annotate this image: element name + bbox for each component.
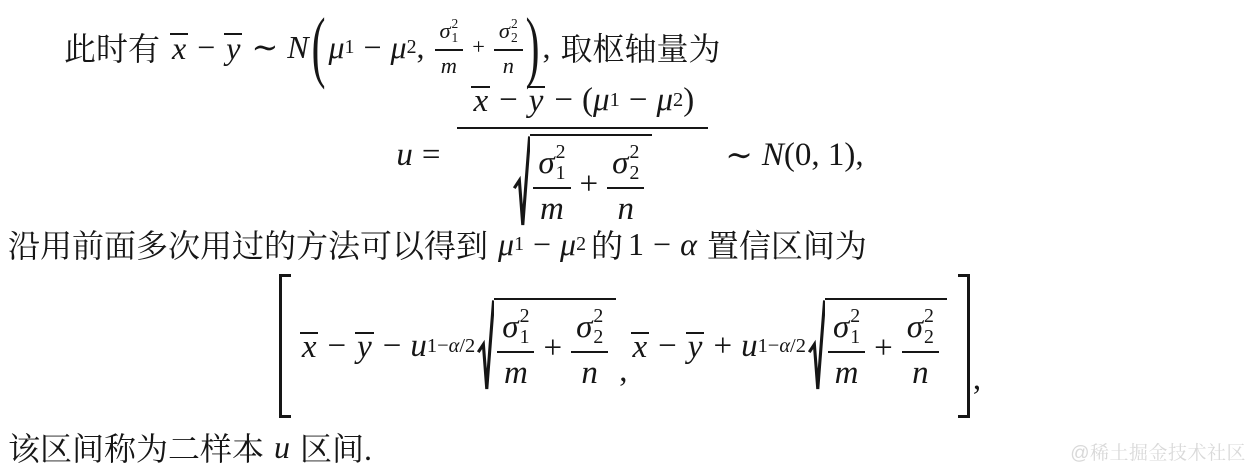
fraction-denominator-n: n [503,51,514,79]
mu-symbol: μ [498,226,514,263]
fraction-sigma1-over-m: σ 2 1 m [828,305,865,393]
sigma-scripts: 2 1 [556,142,566,185]
comma: , [417,29,425,66]
sigma-symbol: σ [612,145,628,182]
minus-operator: − [327,328,346,365]
sigma-scripts: 2 2 [924,306,934,349]
big-left-bracket [279,274,291,418]
sigma-superscript-2: 2 [593,306,603,327]
sigma-symbol: σ [502,309,518,346]
math-xbar: x [471,86,490,114]
left-paren: ( [582,82,593,119]
radical-sign-icon [477,298,494,395]
fraction-numerator: σ 2 2 [494,16,523,51]
minus-operator: − [197,29,215,66]
mu-subscript-2: 2 [673,89,683,112]
square-root: σ 2 1 m + σ [513,134,652,231]
sigma-scripts: 2 1 [452,17,459,46]
distributed-as-symbol: ∼ [251,28,278,66]
fraction-numerator: σ 2 1 [533,141,570,190]
main-fraction-denominator: σ 2 1 m + σ [511,129,654,231]
sigma-scripts: 2 2 [593,306,603,349]
mu-subscript-2: 2 [576,233,586,256]
big-right-bracket [958,274,970,418]
interval-separator-comma: , [619,353,627,390]
fraction-numerator: σ 2 2 [902,305,939,354]
fraction-sigma2-over-n: σ 2 2 n [571,305,608,393]
paragraph-method: 沿用前面多次用过的方法可以得到 μ1 − μ2 的 1 − α 置信区间为 [8,218,867,270]
sigma-symbol: σ [576,309,592,346]
sigma-subscript-1: 1 [850,327,860,348]
normal-distribution-symbol: N [762,137,784,174]
normal-distribution-symbol: N [287,29,308,66]
math-ybar: y [527,86,546,114]
math-u: u [274,429,290,466]
sigma-superscript-2: 2 [629,142,639,163]
big-left-paren: ( [312,1,326,92]
radicand: σ 2 1 m + σ 2 2 [825,298,947,395]
alpha-symbol: α [449,335,460,357]
mu-subscript-1: 1 [345,36,355,59]
math-u: u [396,137,413,174]
subscript-one-minus: 1− [427,335,449,357]
mu-symbol: μ [656,82,673,119]
math-xbar: x [170,33,188,60]
mu-subscript-1: 1 [514,233,524,256]
fraction-denominator-n: n [581,353,598,392]
plus-operator: + [713,328,732,365]
formula-confidence-interval: x − y − u1−α/2 σ 2 1 m + [0,272,1260,420]
minus-operator: − [533,226,551,263]
subscript-slash-two: /2 [790,335,806,357]
sigma-symbol: σ [538,145,554,182]
mu-symbol: μ [560,226,576,263]
sigma-superscript-2: 2 [520,306,530,327]
sigma-subscript-2: 2 [924,327,934,348]
sigma-subscript-2: 2 [511,31,518,46]
plus-operator: + [874,330,893,367]
fraction-sigma1-over-m: σ 2 1 m [435,16,464,79]
document-page: 此时有 x − y ∼ N ( μ1 − μ2 , σ 2 1 m + [0,0,1260,474]
sigma-subscript-2: 2 [593,327,603,348]
sigma-scripts: 2 1 [850,306,860,349]
fraction-numerator: σ 2 1 [828,305,865,354]
paragraph-conclusion: 该区间称为二样本 u 区间. [8,424,372,470]
sigma-subscript-1: 1 [520,327,530,348]
fraction-denominator-m: m [441,51,457,79]
conclusion-pre-text: 该区间称为二样本 [8,424,264,470]
mu-symbol: μ [328,29,344,66]
sigma-superscript-2: 2 [556,142,566,163]
method-text: 沿用前面多次用过的方法可以得到 [8,221,488,267]
minus-operator: − [629,82,648,119]
mu-symbol: μ [593,82,610,119]
sigma-symbol: σ [440,18,451,44]
mu-subscript-1: 1 [610,89,620,112]
minus-operator: − [499,82,518,119]
fraction-sigma1-over-m: σ 2 1 m [533,141,570,229]
fraction-numerator: σ 2 1 [435,16,464,51]
fraction-numerator: σ 2 1 [497,305,534,354]
plus-operator: + [543,330,562,367]
sigma-symbol: σ [907,309,923,346]
sigma-symbol: σ [833,309,849,346]
equals-sign: = [422,137,441,174]
minus-operator: − [554,82,573,119]
sigma-subscript-1: 1 [452,31,459,46]
alpha-symbol: α [779,335,790,357]
math-u-quantile: u [410,328,427,365]
quantile-subscript: 1−α/2 [758,335,806,358]
possessive-particle: 的 [591,221,623,267]
fraction-numerator: σ 2 2 [571,305,608,354]
radical-sign-icon [808,298,825,395]
plus-operator: + [580,166,599,203]
sigma-superscript-2: 2 [511,17,518,32]
fraction-denominator-m: m [835,353,859,392]
quantile-subscript: 1−α/2 [427,335,475,358]
square-root: σ 2 1 m + σ 2 2 [477,298,616,395]
sigma-subscript-1: 1 [556,163,566,184]
watermark: @稀土掘金技术社区 [1070,438,1246,465]
sigma-superscript-2: 2 [924,306,934,327]
fraction-sigma2-over-n: σ 2 2 n [607,141,644,229]
fraction-denominator-n: n [912,353,929,392]
sigma-superscript-2: 2 [452,17,459,32]
math-u-quantile: u [741,328,758,365]
comma: , [543,29,551,66]
formula-pivot-statistic: u = x − y − ( μ1 − μ2 ) [0,94,1260,216]
minus-operator: − [658,328,677,365]
math-ybar: y [355,332,374,360]
mu-subscript-2: 2 [407,36,417,59]
fraction-sigma2-over-n: σ 2 2 n [494,16,523,79]
variance-sum-inline: σ 2 1 m + σ 2 2 n [435,16,523,79]
fraction-sigma1-over-m: σ 2 1 m [497,305,534,393]
minus-operator: − [363,29,381,66]
fraction-numerator: σ 2 2 [607,141,644,190]
subscript-slash-two: /2 [459,335,475,357]
square-root: σ 2 1 m + σ 2 2 [808,298,947,395]
right-paren: ) [683,82,694,119]
fraction-sigma2-over-n: σ 2 2 n [902,305,939,393]
math-xbar: x [300,332,319,360]
sigma-symbol: σ [499,18,510,44]
minus-operator: − [383,328,402,365]
trailing-comma: , [973,361,981,398]
sigma-scripts: 2 2 [629,142,639,185]
plus-operator: + [472,34,485,60]
sigma-scripts: 2 1 [520,306,530,349]
big-right-paren: ) [526,1,540,92]
radical-sign-icon [513,134,530,231]
main-fraction-numerator: x − y − ( μ1 − μ2 ) [457,80,708,129]
intro-lead-text: 此时有 [64,24,160,70]
math-ybar: y [686,332,705,360]
minus-operator: − [653,226,671,263]
sigma-superscript-2: 2 [850,306,860,327]
mu-symbol: μ [391,29,407,66]
intro-tail-text: 取枢轴量为 [561,24,721,70]
normal-arguments: (0, 1), [784,137,864,174]
fraction-denominator-m: m [504,353,528,392]
radicand: σ 2 1 m + σ [530,134,652,231]
conclusion-post-text: 区间. [300,424,372,470]
math-xbar: x [631,332,650,360]
math-one: 1 [628,226,644,263]
sigma-subscript-2: 2 [629,163,639,184]
distributed-as-symbol: ∼ [725,135,753,175]
radicand: σ 2 1 m + σ 2 2 [494,298,616,395]
math-ybar: y [224,33,242,60]
confidence-interval-text: 置信区间为 [707,221,867,267]
sigma-scripts: 2 2 [511,17,518,46]
main-fraction: x − y − ( μ1 − μ2 ) σ [457,80,708,231]
alpha-symbol: α [680,226,697,263]
subscript-one-minus: 1− [758,335,780,357]
